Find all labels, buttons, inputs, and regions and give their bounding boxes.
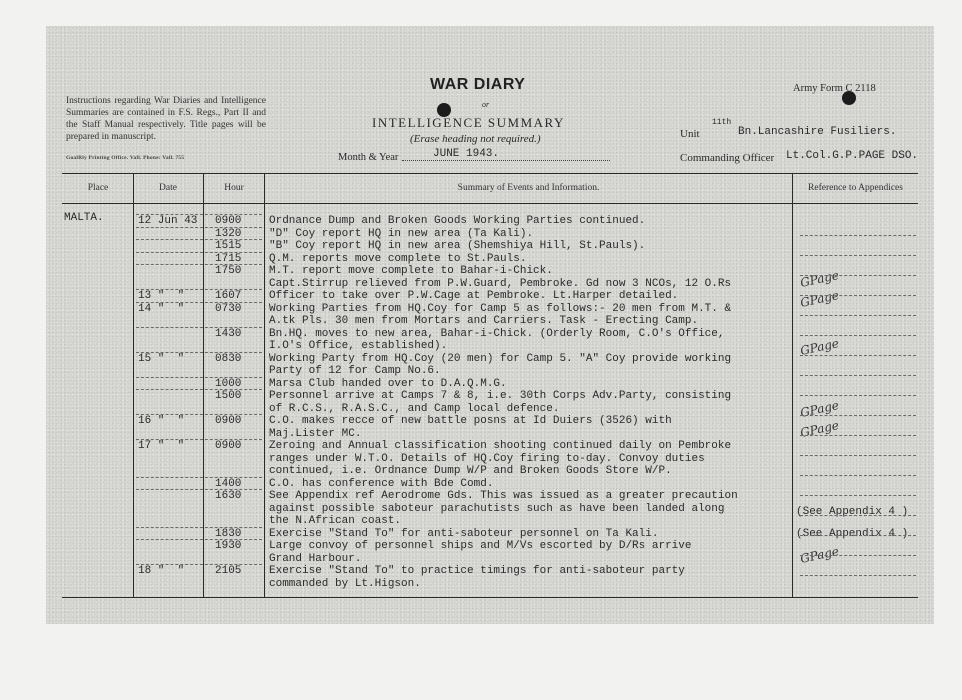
entry-hour: 0730 — [215, 303, 241, 316]
entry-text: "D" Coy report HQ in new area (Ta Kali). — [269, 228, 533, 241]
form-title: WAR DIARY — [430, 76, 525, 94]
column-divider — [264, 173, 265, 597]
reference-rule — [800, 515, 916, 516]
entry-text: "B" Coy report HQ in new area (Shemshiya… — [269, 240, 645, 253]
reference-rule — [800, 455, 916, 456]
column-divider — [133, 173, 134, 597]
entry-date: 15 " " — [138, 353, 184, 366]
entry-text: Zeroing and Annual classification shooti… — [269, 440, 731, 453]
form-subtitle: INTELLIGENCE SUMMARY — [372, 115, 565, 131]
reference-rule — [800, 255, 916, 256]
row-rule — [136, 389, 262, 390]
entry-text: A.tk Pls. 30 men from Mortars and Carrie… — [269, 315, 698, 328]
entry-text: Party of 12 for Camp No.6. — [269, 365, 441, 378]
entry-date: 17 " " — [138, 440, 184, 453]
entry-text: Working Parties from HQ.Coy for Camp 5 a… — [269, 303, 731, 316]
entry-text: C.O. makes recce of new battle posns at … — [269, 415, 672, 428]
entry-hour: 1500 — [215, 390, 241, 403]
entry-hour: 0900 — [215, 440, 241, 453]
row-rule — [136, 227, 262, 228]
table-header-rule — [62, 203, 918, 204]
entry-text: Marsa Club handed over to D.A.Q.M.G. — [269, 378, 507, 391]
row-rule — [136, 214, 262, 215]
reference-rule — [800, 415, 916, 416]
entry-date: 16 " " — [138, 415, 184, 428]
entry-hour: 0830 — [215, 353, 241, 366]
month-year-dotted-line — [402, 160, 610, 161]
row-rule — [136, 264, 262, 265]
column-header-reference: Reference to Appendices — [793, 183, 918, 193]
reference-rule — [800, 375, 916, 376]
entry-text: Personnel arrive at Camps 7 & 8, i.e. 30… — [269, 390, 731, 403]
entry-hour: 1930 — [215, 540, 241, 553]
printer-imprint: GoalRly Printing Office. Vall. Phone: Va… — [66, 155, 184, 161]
row-rule — [136, 289, 262, 290]
column-divider — [792, 173, 793, 597]
row-rule — [136, 252, 262, 253]
commanding-officer-label: Commanding Officer — [680, 152, 774, 164]
column-header-date: Date — [134, 183, 202, 193]
entry-date: 14 " " — [138, 303, 184, 316]
reference-rule — [800, 555, 916, 556]
reference-rule — [800, 395, 916, 396]
reference-rule — [800, 435, 916, 436]
unit-value: Bn.Lancashire Fusiliers. — [738, 126, 896, 138]
row-rule — [136, 527, 262, 528]
month-year-label: Month & Year — [338, 152, 398, 163]
entry-hour: 1430 — [215, 328, 241, 341]
reference-rule — [800, 495, 916, 496]
entry-text: Exercise "Stand To" for anti-saboteur pe… — [269, 528, 658, 541]
table-bottom-rule — [62, 597, 918, 598]
form-or: or — [482, 100, 489, 109]
column-header-summary: Summary of Events and Information. — [265, 183, 792, 193]
row-rule — [136, 489, 262, 490]
column-header-hour: Hour — [204, 183, 264, 193]
entry-text: Maj.Lister MC. — [269, 428, 361, 441]
entry-text: Q.M. reports move complete to St.Pauls. — [269, 253, 526, 266]
place-value: MALTA. — [64, 212, 104, 224]
appendix-note: (See Appendix 4 ) — [796, 528, 908, 540]
entry-text: continued, i.e. Ordnance Dump W/P and Br… — [269, 465, 672, 478]
entry-hour: 1630 — [215, 490, 241, 503]
entry-text: Working Party from HQ.Coy (20 men) for C… — [269, 353, 731, 366]
table-top-rule — [62, 173, 918, 174]
entry-text: Bn.HQ. moves to new area, Bahar-i-Chick.… — [269, 328, 724, 341]
row-rule — [136, 327, 262, 328]
reference-rule — [800, 575, 916, 576]
row-rule — [136, 477, 262, 478]
entry-text: ranges under W.T.O. Details of HQ.Coy fi… — [269, 453, 705, 466]
row-rule — [136, 302, 262, 303]
entry-text: Ordnance Dump and Broken Goods Working P… — [269, 215, 645, 228]
entry-text: Capt.Stirrup relieved from P.W.Guard, Pe… — [269, 278, 731, 291]
reference-rule — [800, 475, 916, 476]
entry-text: of R.C.S., R.A.S.C., and Camp local defe… — [269, 403, 559, 416]
column-header-place: Place — [64, 183, 132, 193]
appendix-note: (See Appendix 4 ) — [796, 506, 908, 518]
row-rule — [136, 239, 262, 240]
army-form-number: Army Form C 2118 — [793, 83, 876, 94]
reference-rule — [800, 335, 916, 336]
entry-hour: 1750 — [215, 265, 241, 278]
entry-date: 18 " " — [138, 565, 184, 578]
reference-rule — [800, 235, 916, 236]
entry-text: against possible saboteur parachutists s… — [269, 503, 724, 516]
column-divider — [203, 173, 204, 597]
reference-rule — [800, 275, 916, 276]
reference-rule — [800, 295, 916, 296]
entry-text: Large convoy of personnel ships and M/Vs… — [269, 540, 691, 553]
reference-rule — [800, 535, 916, 536]
row-rule — [136, 352, 262, 353]
row-rule — [136, 377, 262, 378]
entry-text: commanded by Lt.Higson. — [269, 578, 421, 591]
entry-hour: 2105 — [215, 565, 241, 578]
unit-value-superscript: 11th — [712, 118, 731, 127]
erase-note: (Erase heading not required.) — [410, 133, 541, 145]
entry-text: See Appendix ref Aerodrome Gds. This was… — [269, 490, 738, 503]
entry-hour: 0900 — [215, 415, 241, 428]
entry-text: M.T. report move complete to Bahar-i-Chi… — [269, 265, 553, 278]
unit-label: Unit — [680, 128, 700, 140]
entry-text: C.O. has conference with Bde Comd. — [269, 478, 493, 491]
row-rule — [136, 539, 262, 540]
reference-rule — [800, 315, 916, 316]
entry-text: Officer to take over P.W.Cage at Pembrok… — [269, 290, 678, 303]
row-rule — [136, 439, 262, 440]
month-year-value: JUNE 1943. — [433, 148, 499, 160]
instructions-text: Instructions regarding War Diaries and I… — [66, 95, 266, 143]
entry-text: I.O's Office, established). — [269, 340, 447, 353]
commanding-officer-value: Lt.Col.G.P.PAGE DSO. — [786, 150, 918, 162]
row-rule — [136, 414, 262, 415]
entry-text: the N.African coast. — [269, 515, 401, 528]
entry-text: Grand Harbour. — [269, 553, 361, 566]
row-rule — [136, 564, 262, 565]
entry-text: Exercise "Stand To" to practice timings … — [269, 565, 685, 578]
reference-rule — [800, 355, 916, 356]
